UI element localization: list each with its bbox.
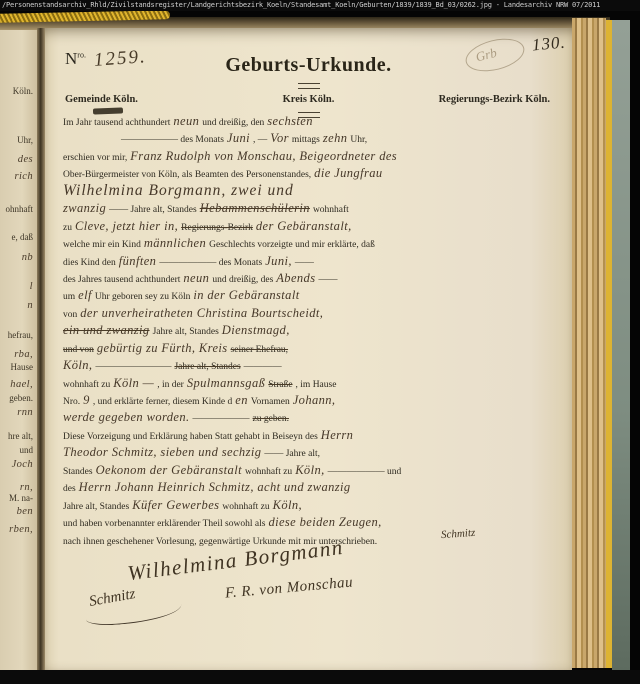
left-page-fragment: M. na-	[9, 493, 33, 503]
handwritten-entry: Küfer Gewerbes	[132, 498, 219, 512]
handwritten-entry: Abends	[276, 271, 315, 285]
body-line: umelfUhr geboren sey zu Kölnin der Gebär…	[63, 286, 563, 303]
printed-form-text: Geschlechts vorzeigte und mir erklärte, …	[209, 240, 375, 250]
left-page-edge: Köln.Uhr,desrichohnhafte, daßnblnhefrau,…	[0, 30, 37, 670]
body-line: zuCleve, jetzt hier in,Regierungs-Bezirk…	[63, 217, 563, 234]
printed-form-text: erschien vor mir,	[63, 153, 127, 163]
left-page-fragment: rba,	[14, 349, 33, 360]
body-line: desHerrn Johann Heinrich Schmitz, acht u…	[63, 478, 563, 495]
printed-form-text: Im Jahr tausend achthundert	[63, 118, 170, 128]
printed-form-text: und dreißig, des	[212, 275, 273, 285]
printed-form-text: —————— und	[328, 467, 402, 477]
handwritten-entry: elf	[78, 288, 92, 302]
printed-form-text: des Jahres tausend achthundert	[63, 275, 180, 285]
body-line: zwanzig—— Jahre alt, StandesHebammenschü…	[63, 199, 563, 216]
printed-form-text: Jahre alt, Standes	[63, 502, 129, 512]
handwritten-entry: ein und zwanzig	[63, 323, 150, 337]
handwritten-entry: sechsten	[267, 114, 313, 128]
body-line: Diese Vorzeigung und Erklärung haben Sta…	[63, 426, 563, 443]
signature-clerk-small: Schmitz	[441, 527, 476, 541]
printed-form-text: Standes	[63, 467, 93, 477]
printed-form-text: mittags	[292, 135, 320, 145]
printed-form-text: welche mir ein Kind	[63, 240, 141, 250]
handwritten-entry: fünften	[119, 254, 157, 268]
body-line: Nro.9, und erklärte ferner, diesem Kinde…	[63, 391, 563, 408]
printed-form-text: ————	[244, 362, 282, 372]
body-line: Wilhelmina Borgmann, zwei und	[63, 182, 563, 199]
handwritten-entry: Herrn Johann Heinrich Schmitz, acht und …	[79, 480, 351, 494]
printed-form-text: wohnhaft zu	[222, 502, 269, 512]
left-page-fragment: Uhr,	[17, 135, 33, 145]
handwritten-entry: Köln,	[273, 498, 302, 512]
handwritten-entry: Vor	[270, 131, 289, 145]
printed-form-text: Jahre alt, Standes	[153, 327, 219, 337]
printed-form-text: Vornamen	[251, 397, 290, 407]
handwritten-entry: Theodor Schmitz, sieben und sechzig	[63, 445, 261, 459]
printed-form-text: von	[63, 310, 77, 320]
printed-form-text: Regierungs-Bezirk	[181, 223, 253, 233]
left-page-fragment: des	[18, 154, 33, 165]
book-cover	[612, 20, 630, 670]
handwritten-entry: Hebammenschülerin	[200, 201, 310, 215]
handwritten-entry: neun	[173, 114, 199, 128]
printed-form-text: wohnhaft zu	[63, 380, 110, 390]
left-page-fragment: und	[20, 445, 34, 455]
left-page-fragment: hre alt,	[8, 431, 33, 441]
handwritten-entry: neun	[183, 271, 209, 285]
body-line: —————— des MonatsJuni, —VormittagszehnUh…	[63, 129, 563, 146]
printed-form-text: Ober-Bürgermeister von Köln, als Beamten…	[63, 170, 311, 180]
printed-form-text: und dreißig, den	[202, 118, 264, 128]
handwritten-entry: Köln,	[295, 463, 324, 477]
handwritten-entry: Herrn	[321, 428, 354, 442]
left-page-fragment: hael,	[10, 379, 33, 390]
left-page-fragment: rich	[14, 171, 33, 182]
printed-form-text: ————————	[95, 362, 171, 372]
body-line: Im Jahr tausend achthundertneunund dreiß…	[63, 112, 563, 129]
signature-von-monschau: F. R. von Monschau	[225, 574, 354, 602]
left-page-fragment: rn,	[20, 482, 33, 493]
left-page-fragment: e, daß	[12, 232, 34, 242]
subheader-bezirk: Regierungs-Bezirk Köln.	[439, 94, 550, 105]
book-gutter	[37, 28, 45, 672]
certificate-body: Im Jahr tausend achthundertneunund dreiß…	[63, 112, 563, 548]
left-page-fragment: nb	[22, 252, 33, 263]
handwritten-entry: en	[235, 393, 248, 407]
printed-form-text: und von	[63, 345, 94, 355]
left-page-fragment: rnn	[17, 407, 33, 418]
left-page-fragment: ben	[17, 506, 33, 517]
archive-scan-viewer: /Personenstandsarchiv_Rhld/Zivilstandsre…	[0, 0, 640, 684]
body-line: Theodor Schmitz, sieben und sechzig—— Ja…	[63, 443, 563, 460]
body-line: ein und zwanzigJahre alt, StandesDienstm…	[63, 321, 563, 338]
handwritten-entry: werde gegeben worden.	[63, 410, 190, 424]
printed-form-text: zu	[63, 223, 72, 233]
left-page-fragment: geben.	[9, 393, 33, 403]
left-page-fragment: ohnhaft	[6, 204, 34, 214]
printed-form-text: wohnhaft zu	[245, 467, 292, 477]
title-rule	[298, 83, 320, 89]
body-line: Ober-Bürgermeister von Köln, als Beamten…	[63, 164, 563, 181]
handwritten-entry: diese beiden Zeugen,	[268, 515, 381, 529]
left-page-fragment: l	[30, 281, 33, 292]
printed-form-text: Uhr,	[350, 135, 367, 145]
printed-form-text: ——	[318, 275, 337, 285]
body-line: und haben vorbenannter erklärender Theil…	[63, 513, 563, 530]
printed-form-text: ——	[295, 258, 314, 268]
body-line: dies Kind denfünften—————— des MonatsJun…	[63, 252, 563, 269]
main-page: Nro. 1259. Geburts-Urkunde. Grb 130. Gem…	[45, 28, 572, 672]
body-line: Jahre alt, StandesKüfer Gewerbeswohnhaft…	[63, 496, 563, 513]
left-page-fragment: n	[27, 300, 33, 311]
left-page-fragment: Köln.	[13, 86, 33, 96]
printed-form-text: , —	[253, 135, 267, 145]
printed-form-text: dies Kind den	[63, 258, 116, 268]
printed-form-text: , und erklärte ferner, diesem Kinde d	[93, 397, 232, 407]
handwritten-entry: gebürtig zu Fürth, Kreis	[97, 341, 228, 355]
printed-form-text: zu geben.	[253, 414, 289, 424]
handwritten-entry: zehn	[323, 131, 348, 145]
viewer-path-text: /Personenstandsarchiv_Rhld/Zivilstandsre…	[2, 1, 600, 9]
body-line: wohnhaft zuKöln —, in derSpulmannsgaßStr…	[63, 374, 563, 391]
handwritten-entry: Juni,	[265, 254, 292, 268]
body-line: und vongebürtig zu Fürth, Kreisseiner Eh…	[63, 339, 563, 356]
printed-form-text: wohnhaft	[313, 205, 349, 215]
left-page-fragment: Joch	[12, 459, 33, 470]
printed-form-text: seiner Ehefrau,	[231, 345, 289, 355]
handwritten-entry: Köln,	[63, 358, 92, 372]
printed-form-text: —————— des Monats	[121, 135, 224, 145]
body-line: erschien vor mir,Franz Rudolph von Monsc…	[63, 147, 563, 164]
printed-form-text: des	[63, 484, 76, 494]
left-page-fragment: Hause	[11, 362, 34, 372]
body-line: werde gegeben worden.——————zu geben.	[63, 408, 563, 425]
handwritten-entry: Dienstmagd,	[222, 323, 290, 337]
printed-form-text: und haben vorbenannter erklärender Theil…	[63, 519, 265, 529]
body-line: StandesOekonom der Gebäranstaltwohnhaft …	[63, 461, 563, 478]
printed-form-text: —————— des Monats	[159, 258, 262, 268]
handwritten-entry: der unverheiratheten Christina Bourtsche…	[80, 306, 323, 320]
printed-form-text: Diese Vorzeigung und Erklärung haben Sta…	[63, 432, 318, 442]
left-page-fragment: rben,	[9, 524, 33, 535]
body-line: des Jahres tausend achthundertneunund dr…	[63, 269, 563, 286]
handwritten-entry: der Gebäranstalt,	[256, 219, 352, 233]
handwritten-entry: Johann,	[293, 393, 336, 407]
page-number: 130.	[531, 33, 566, 56]
body-line: Köln,————————Jahre alt, Standes————	[63, 356, 563, 373]
handwritten-entry: männlichen	[144, 236, 206, 250]
handwritten-entry: Cleve, jetzt hier in,	[75, 219, 178, 233]
printed-form-text: Nro.	[63, 397, 80, 407]
body-line: welche mir ein KindmännlichenGeschlechts…	[63, 234, 563, 251]
handwritten-entry: Spulmannsgaß	[187, 376, 265, 390]
handwritten-entry: Franz Rudolph von Monschau, Beigeordnete…	[130, 149, 397, 163]
printed-form-text: , im Hause	[296, 380, 337, 390]
printed-form-text: Jahre alt, Standes	[174, 362, 240, 372]
handwritten-entry: in der Gebäranstalt	[193, 288, 299, 302]
handwritten-entry: Wilhelmina Borgmann, zwei und	[63, 182, 294, 199]
viewer-bottom-bar	[0, 670, 640, 684]
body-line: vonder unverheiratheten Christina Bourts…	[63, 304, 563, 321]
page-stack-edges	[572, 18, 606, 668]
handwritten-entry: zwanzig	[63, 201, 106, 215]
handwritten-entry: Köln —	[113, 376, 154, 390]
printed-form-text: um	[63, 292, 75, 302]
printed-form-text: Straße	[268, 380, 292, 390]
viewer-path-bar: /Personenstandsarchiv_Rhld/Zivilstandsre…	[0, 0, 640, 11]
handwritten-entry: die Jungfrau	[314, 166, 382, 180]
printed-form-text: ——————	[193, 414, 250, 424]
printed-form-text: , in der	[157, 380, 184, 390]
handwritten-entry: Juni	[227, 131, 250, 145]
printed-form-text: Uhr geboren sey zu Köln	[95, 292, 191, 302]
handwritten-entry: Oekonom der Gebäranstalt	[96, 463, 242, 477]
signature-schmitz: Schmitz	[88, 586, 137, 611]
left-page-fragment: hefrau,	[8, 330, 33, 340]
handwritten-entry: 9	[83, 393, 90, 407]
printed-form-text: —— Jahre alt, Standes	[109, 205, 197, 215]
left-page-fragments: Köln.Uhr,desrichohnhafte, daßnblnhefrau,…	[0, 30, 37, 670]
printed-form-text: —— Jahre alt,	[264, 449, 320, 459]
